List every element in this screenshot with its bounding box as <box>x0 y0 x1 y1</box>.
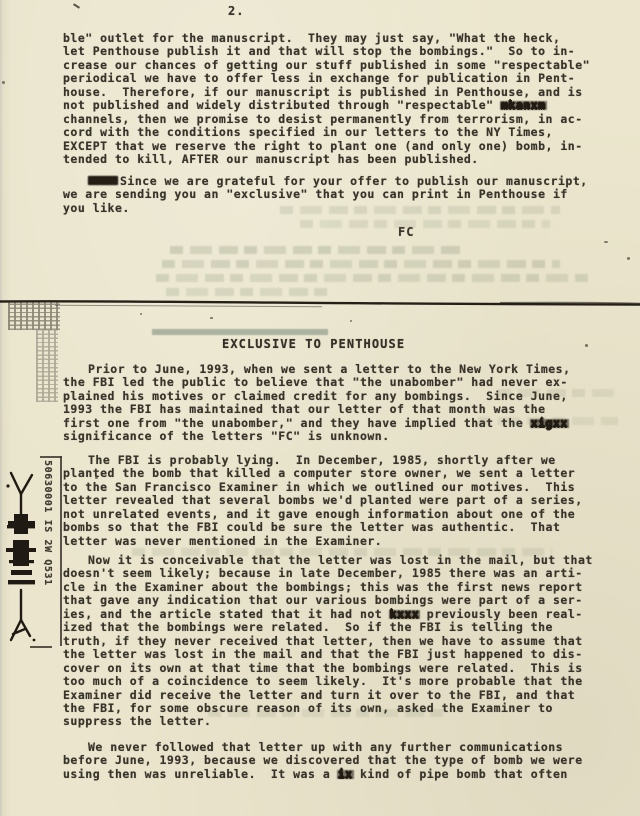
text-line: too much of a coincidence to seem likely… <box>63 675 593 688</box>
text-line: planted the bomb that killed a computer … <box>63 467 583 480</box>
text-line: 1993 the FBI has maintained that our let… <box>63 403 571 416</box>
text-line: cord with the conditions specified in ou… <box>63 126 590 139</box>
text-line: doesn't seem likely; because in late Dec… <box>63 567 593 580</box>
paper-speck <box>585 344 588 347</box>
text-line: that gave any indication that our variou… <box>63 594 593 607</box>
overtyped-text: xigxx <box>531 416 568 430</box>
text-line: letter was never mentioned in the Examin… <box>63 535 583 548</box>
scanned-letter-page: 2. ble" outlet for the manuscript. They … <box>0 0 640 816</box>
paper-speck <box>2 81 5 84</box>
ink-blot <box>88 176 118 185</box>
margin-file-number: 50630001 IS 2W Q531 <box>42 460 53 650</box>
bleed-through-text <box>170 246 460 254</box>
halftone-band <box>36 330 58 402</box>
halftone-band <box>8 301 60 330</box>
bleed-through-text <box>156 274 588 282</box>
bleed-through-text <box>280 206 560 214</box>
text-line: not published and widely distributed thr… <box>63 99 590 112</box>
bleed-through-text <box>300 220 550 228</box>
paper-speck <box>140 313 142 315</box>
stamp-bracket-line <box>40 456 62 458</box>
overtyped-text: mkanxm <box>501 98 546 112</box>
paragraph-manuscript-terms: ble" outlet for the manuscript. They may… <box>63 32 590 167</box>
paragraph-letter-lost-in-mail: Now it is conceivable that the letter wa… <box>63 554 593 729</box>
overtyped-text: kxxx <box>390 607 420 621</box>
paper-speck <box>73 3 80 8</box>
page-number: 2. <box>228 4 244 18</box>
paragraph-fbi-probably-lying: The FBI is probably lying. In December, … <box>63 454 583 548</box>
paragraph-never-followed-up: We never followed that letter up with an… <box>63 741 583 781</box>
paper-speck <box>350 320 352 322</box>
text-line: the FBI led the public to believe that "… <box>63 376 571 389</box>
paper-speck <box>604 241 608 243</box>
text-line: we are sending you an "exclusive" that y… <box>63 188 588 201</box>
paper-speck <box>95 476 98 479</box>
section-heading: EXCLUSIVE TO PENTHOUSE <box>222 337 405 351</box>
stamp-bracket-line <box>60 456 62 646</box>
overtyped-text: ix <box>338 767 353 781</box>
text-line: Examiner did receive the letter and turn… <box>63 689 593 702</box>
text-line: suppress the letter. <box>63 715 593 728</box>
fbi-stamp-icon <box>4 468 38 648</box>
bleed-through-text <box>152 329 328 335</box>
paragraph-prior-to-june: Prior to June, 1993, when we sent a lett… <box>63 363 571 444</box>
text-line: ized that the bombings were related. So … <box>63 621 593 634</box>
text-line: the FBI, for some obscure reason of its … <box>63 702 593 715</box>
separator-rule <box>0 295 640 307</box>
text-line: let Penthouse publish it and that will s… <box>63 45 590 58</box>
bleed-through-text <box>162 260 560 268</box>
text-line: the letter was lost in the mail and that… <box>63 648 593 661</box>
text-line: tended to kill, AFTER our manuscript has… <box>63 153 590 166</box>
text-line: significance of the letters "FC" is unkn… <box>63 430 571 443</box>
text-line: before June, 1993, because we discovered… <box>63 754 583 767</box>
paper-speck <box>210 317 213 319</box>
text-line: bombs so that the FBI could be sure the … <box>63 521 583 534</box>
text-line: letter revealed that several bombs we'd … <box>63 494 583 507</box>
text-line: periodical we have to offer less in exch… <box>63 72 590 85</box>
text-line: using then was unreliable. It was a ix k… <box>63 768 583 781</box>
paper-speck <box>627 257 630 260</box>
